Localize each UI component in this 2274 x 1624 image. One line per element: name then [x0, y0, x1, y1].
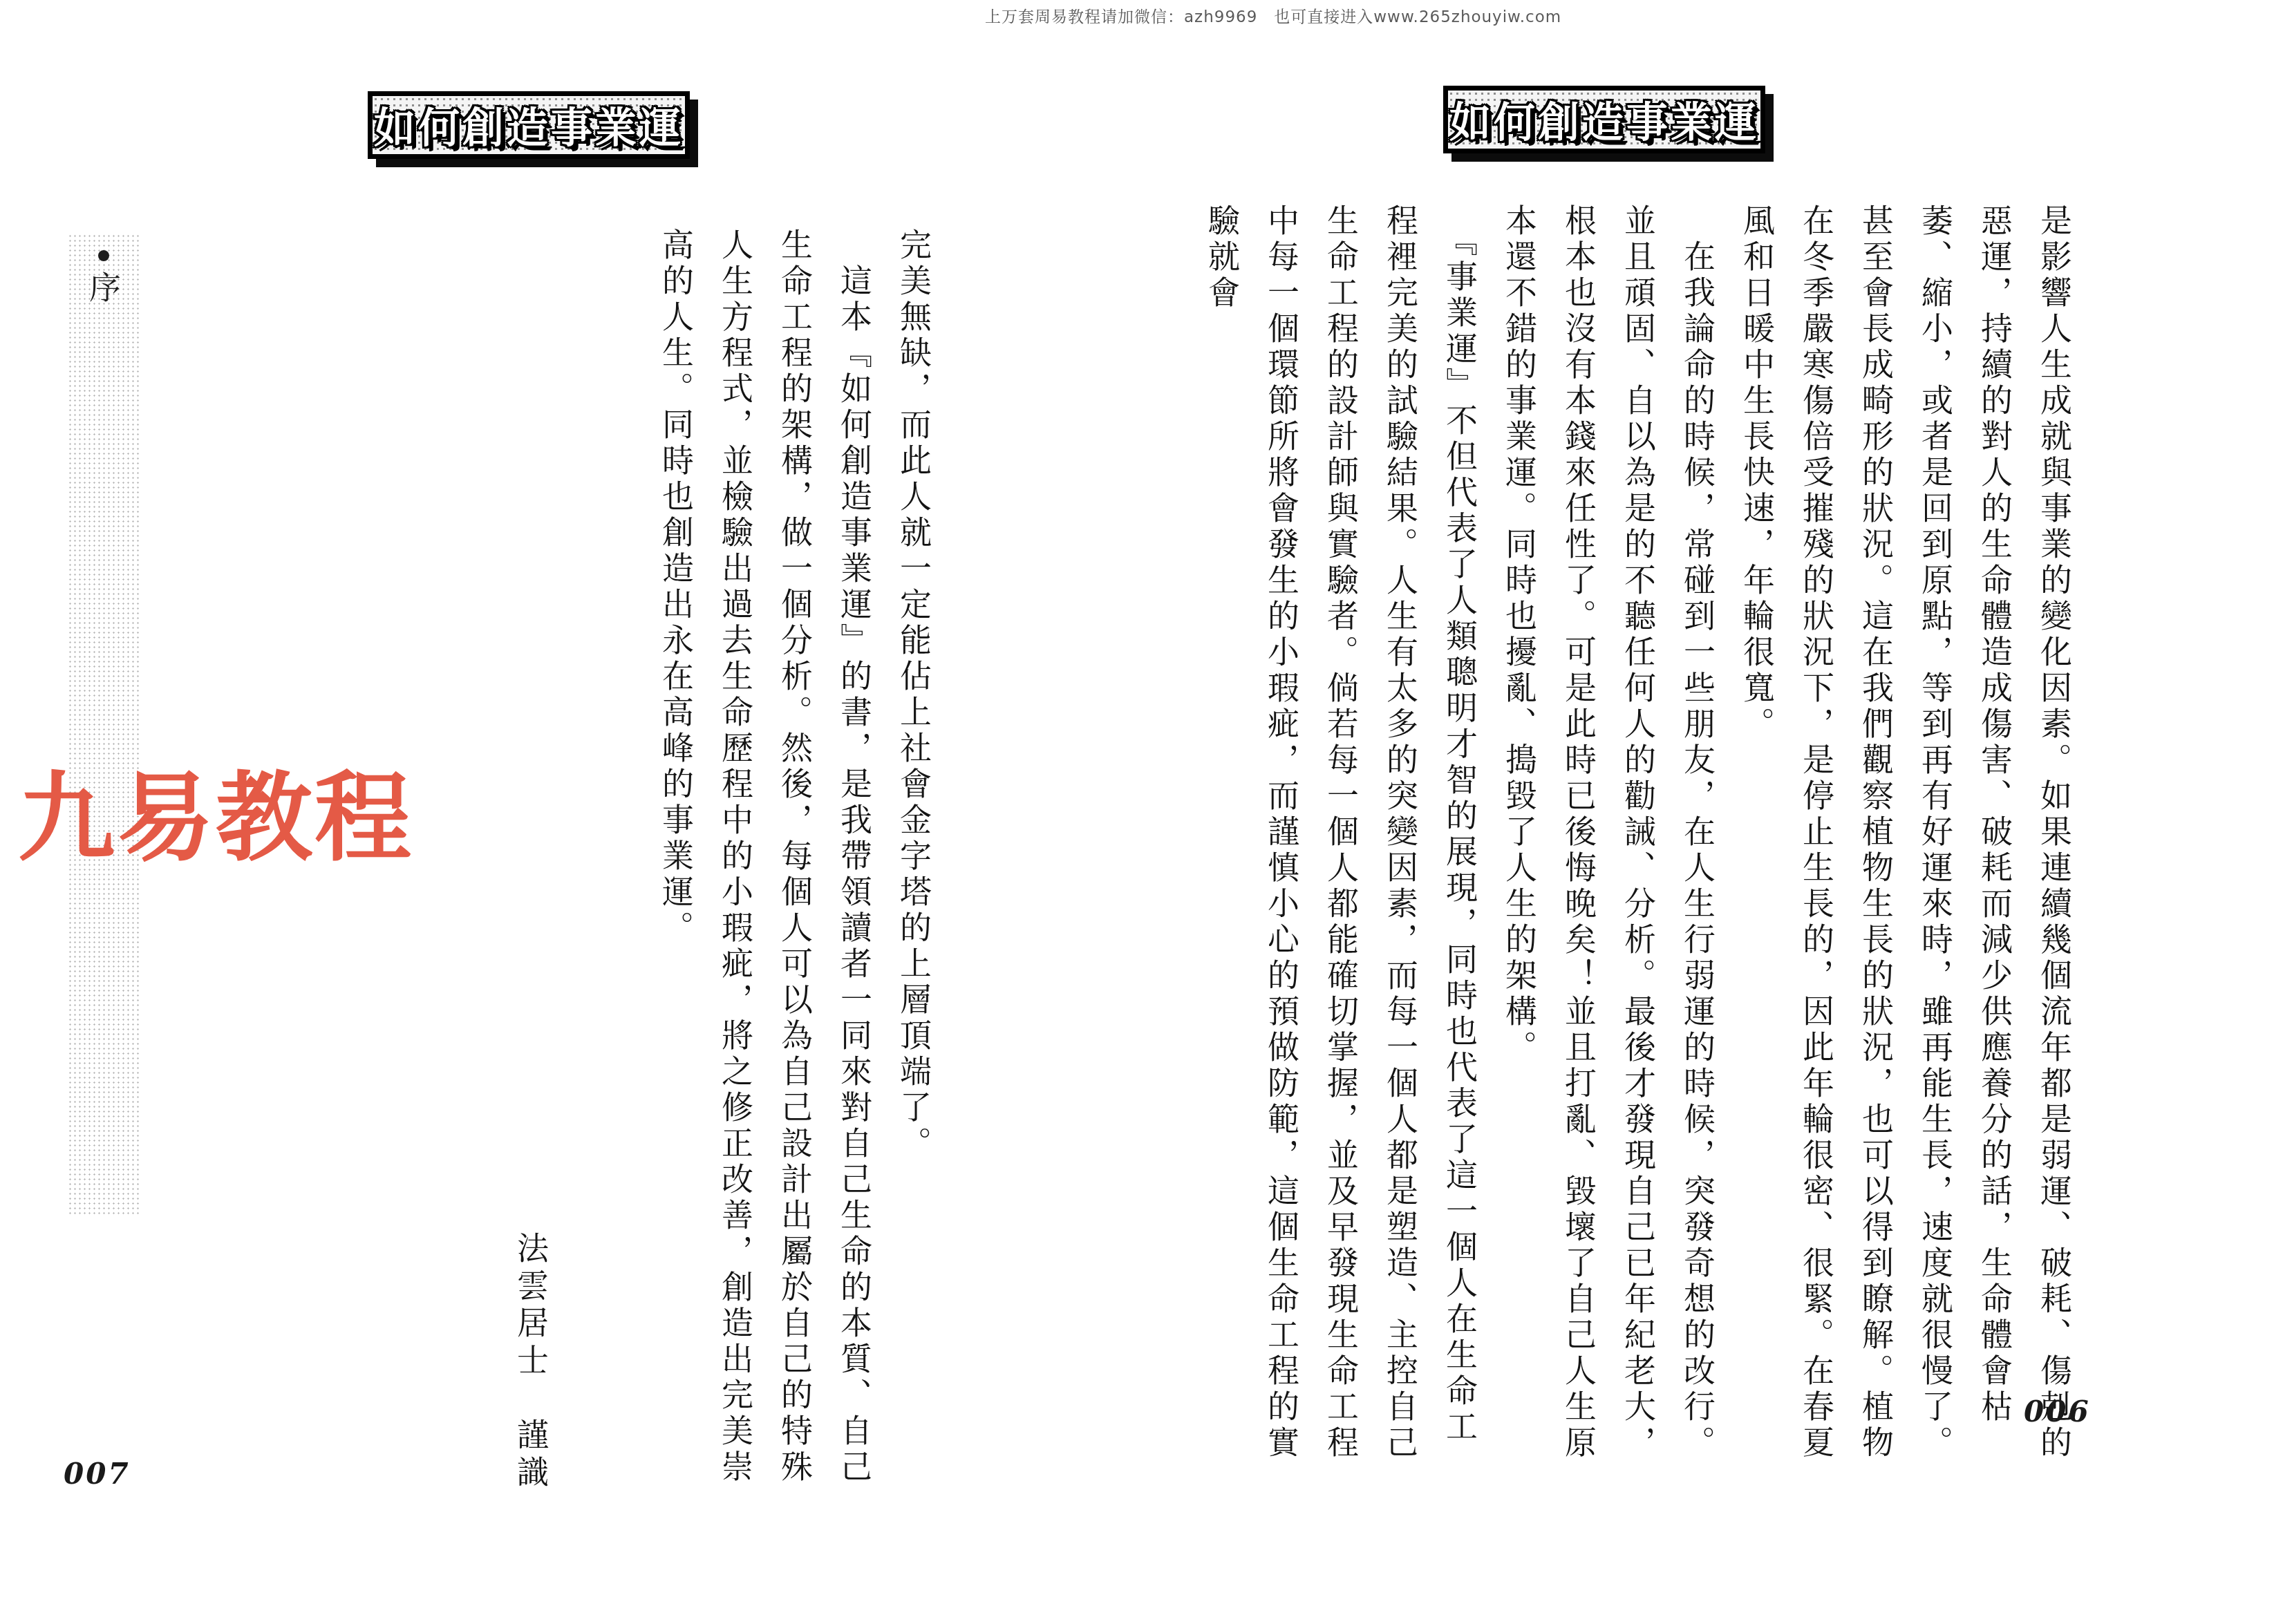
chapter-margin-label: 序 [80, 271, 126, 303]
paragraph: 『事業運』不但代表了人類聰明才智的展現，同時也代表了這一個人在生命工程裡完美的試… [1192, 204, 1490, 1479]
scan-noise-band [68, 234, 140, 1215]
paragraph: 在我論命的時候，常碰到一些朋友，在人生行弱運的時候，突發奇想的改行。並且頑固、自… [1490, 204, 1727, 1479]
page-right-body-text: 是影響人生成就與事業的變化因素。如果連續幾個流年都是弱運、破耗、傷剋的惡運，持續… [1165, 204, 2084, 1479]
page-right-title: 如何創造事業運 [1449, 90, 1759, 149]
page-left-title: 如何創造事業運 [374, 95, 684, 155]
page-number-left: 007 [64, 1457, 131, 1491]
margin-bullet-dot [98, 250, 109, 261]
page-number-right: 006 [2024, 1395, 2091, 1428]
page-left-title-banner: 如何創造事業運 [368, 91, 690, 159]
header-watermark-text: 上万套周易教程请加微信：azh9969 也可直接进入www.265zhouyiw… [985, 4, 1561, 27]
brand-watermark: 九易教程 [18, 741, 413, 880]
author-signature: 法雲居士 謹識 [510, 1231, 552, 1618]
paragraph: 完美無缺，而此人就一定能佔上社會金字塔的上層頂端了。 [884, 228, 943, 1503]
page-right-title-banner: 如何創造事業運 [1443, 86, 1765, 153]
paragraph: 是影響人生成就與事業的變化因素。如果連續幾個流年都是弱運、破耗、傷剋的惡運，持續… [1727, 204, 2084, 1479]
paragraph: 這本『如何創造事業運』的書，是我帶領讀者一同來對自己生命的本質、自己生命工程的架… [646, 228, 884, 1503]
page-left-body-text: 完美無缺，而此人就一定能佔上社會金字塔的上層頂端了。 這本『如何創造事業運』的書… [549, 228, 943, 1503]
